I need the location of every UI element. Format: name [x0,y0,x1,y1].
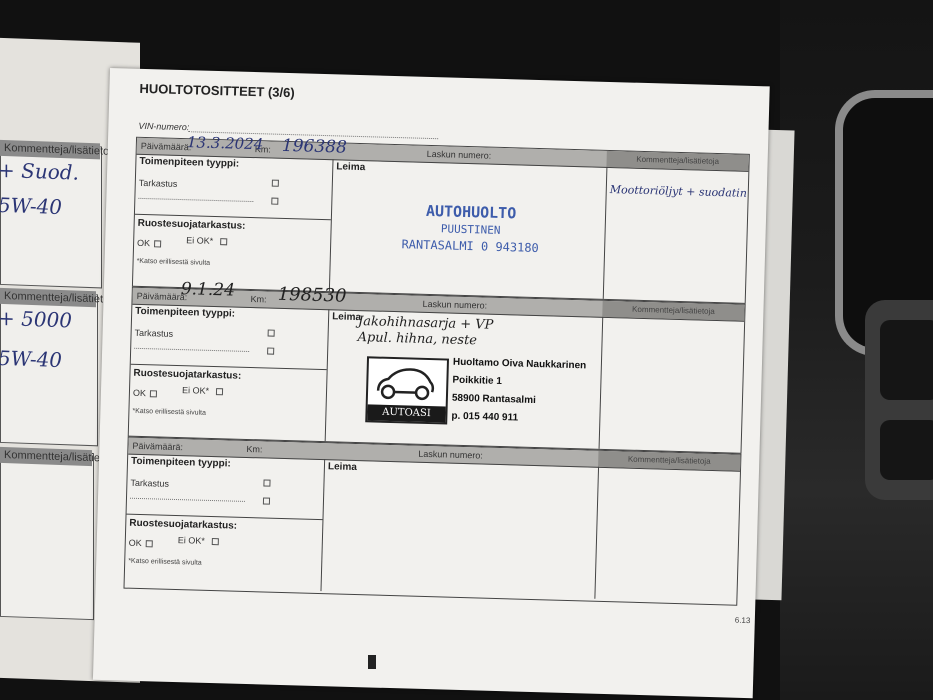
comments-label: Kommentteja/lisätietoja [607,154,749,167]
other-service-line [130,498,245,502]
rust-ok-checkbox[interactable] [150,390,157,397]
service-type-column: Toimenpiteen tyyppi: Tarkastus Ruostesuo… [129,304,330,441]
rust-not-ok-checkbox[interactable] [220,238,227,245]
rust-not-ok-checkbox[interactable] [216,388,223,395]
left-handwritten-note: + Suod. [0,158,79,185]
stamp-column: Leima Jakohihnasarja + VP Apul. hihna, n… [325,309,604,449]
entry-date: 9.1.24 [181,279,236,301]
service-type-label: Toimenpiteen tyyppi: [131,456,231,470]
comments-label: Kommentteja/lisätietoja [602,304,744,317]
rust-check-label: Ruostesuojatarkastus: [133,368,241,382]
stamp-label: Leima [328,461,357,473]
comments-column [599,317,745,453]
stamp-line: PUUSTINEN [390,221,550,238]
comments-column [594,467,740,603]
rust-not-ok-checkbox[interactable] [212,538,219,545]
service-entry: Päivämäärä: Km: Laskun numero: Kommentte… [128,287,746,454]
comment-text: Moottoriöljyt + suodatin [610,183,747,200]
autoasi-label: AUTOASI [367,404,445,422]
entry-km: 198530 [277,284,346,307]
handwritten-note: Apul. hihna, neste [357,330,477,348]
service-type-column: Toimenpiteen tyyppi: Tarkastus Ruostesuo… [133,154,334,291]
invoice-label: Laskun numero: [418,449,483,461]
bookmark-ribbon [368,655,376,669]
ok-label: OK [129,538,142,548]
page-number: 6.13 [735,616,751,625]
left-handwritten-note: 5W-40 [0,346,62,372]
see-separate-note: *Katso erillisestä sivulta [137,258,211,267]
date-label: Päivämäärä: [141,141,192,152]
service-type-label: Toimenpiteen tyyppi: [135,306,235,320]
rust-check-label: Ruostesuojatarkastus: [138,218,246,232]
inspection-checkbox[interactable] [263,479,270,486]
autoasi-logo: AUTOASI [365,356,449,424]
stamp-line: Huoltamo Oiva Naukkarinen [453,357,587,372]
entry-date: 13.3.2024 [187,133,264,153]
other-service-checkbox[interactable] [263,497,270,504]
comments-label: Kommentteja/lisätietoja [598,454,740,467]
stamp-column: Leima [320,459,599,599]
rust-ok-checkbox[interactable] [154,240,161,247]
invoice-label: Laskun numero: [422,299,487,311]
left-handwritten-note: + 5000 [0,306,72,333]
rust-ok-checkbox[interactable] [146,540,153,547]
see-separate-note: *Katso erillisestä sivulta [128,558,202,567]
left-comment-header: Kommentteja/lisätietoja [0,447,92,466]
stamp-line: RANTASALMI 0 943180 [370,236,570,256]
stamp-line: AUTOHUOLTO [391,201,551,223]
inspection-label: Tarkastus [134,328,173,339]
date-label: Päivämäärä: [132,441,183,452]
other-service-checkbox[interactable] [271,198,278,205]
service-record-page: HUOLTOTOSITTEET (3/6) VIN-numero: Päiväm… [93,68,770,698]
left-handwritten-note: 5W-40 [0,193,62,219]
other-service-line [134,348,249,352]
comments-column: Moottoriöljyt + suodatin [603,167,749,303]
other-service-line [138,198,253,202]
stamp-column: Leima AUTOHUOLTO PUUSTINEN RANTASALMI 0 … [329,159,608,299]
km-label: Km: [246,444,262,454]
cup-holder-slot [880,420,933,480]
not-ok-label: Ei OK* [178,535,205,546]
service-entry: Päivämäärä: Km: Laskun numero: Kommentte… [123,437,741,606]
service-entry: Päivämäärä: Km: Laskun numero: Kommentte… [132,137,750,304]
inspection-label: Tarkastus [139,178,178,189]
not-ok-label: Ei OK* [186,235,213,246]
stamp-line: 58900 Rantasalmi [452,393,536,406]
car-icon [374,365,437,403]
page-title: HUOLTOTOSITTEET (3/6) [139,81,295,100]
rust-check-label: Ruostesuojatarkastus: [129,518,237,532]
inspection-checkbox[interactable] [272,180,279,187]
invoice-label: Laskun numero: [427,149,492,161]
stamp-label: Leima [332,311,361,323]
not-ok-label: Ei OK* [182,385,209,396]
service-type-label: Toimenpiteen tyyppi: [139,156,239,170]
inspection-label: Tarkastus [130,478,169,489]
inspection-checkbox[interactable] [268,330,275,337]
cup-holder-slot [880,320,933,400]
left-comment-header: Kommentteja/lisätietoja [0,288,96,307]
entry-km: 196388 [282,136,347,158]
service-type-column: Toimenpiteen tyyppi: Tarkastus Ruostesuo… [125,454,326,591]
ok-label: OK [137,238,150,248]
stamp-line: p. 015 440 911 [451,411,518,424]
vin-label: VIN-numero: [138,121,189,132]
left-comment-box [0,450,94,620]
stamp-line: Poikkitie 1 [452,375,502,387]
other-service-checkbox[interactable] [267,347,274,354]
ok-label: OK [133,388,146,398]
km-label: Km: [250,294,266,304]
see-separate-note: *Katso erillisestä sivulta [132,408,206,417]
stamp-label: Leima [336,161,365,173]
